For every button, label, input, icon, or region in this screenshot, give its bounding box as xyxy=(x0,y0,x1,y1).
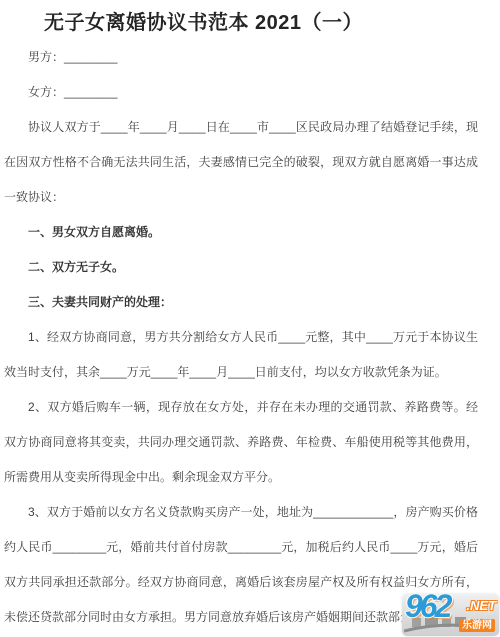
watermark-net-text: .NET xyxy=(466,598,496,613)
male-party-line: 男方：________ xyxy=(0,40,500,75)
female-party-line: 女方：________ xyxy=(0,75,500,110)
962net-watermark: 962 .NET 乐游网 xyxy=(402,594,499,636)
intro-paragraph: 协议人双方于____年____月____日在____市____区民政局办理了结婚… xyxy=(0,110,500,215)
clause-1-paragraph: 1、经双方协商同意，男方共分割给女方人民币____元整，其中____万元于本协议… xyxy=(0,320,500,390)
document-body: 男方：________ 女方：________ 协议人双方于____年____月… xyxy=(0,40,500,635)
section-3-heading: 三、夫妻共同财产的处理： xyxy=(0,285,500,320)
section-1-heading: 一、男女双方自愿离婚。 xyxy=(0,215,500,250)
document-title: 无子女离婚协议书范本 2021（一） xyxy=(0,0,500,37)
clause-2-paragraph: 2、双方婚后购车一辆，现存放在女方处，并存在未办理的交通罚款、养路费等。经双方协… xyxy=(0,390,500,495)
section-2-heading: 二、双方无子女。 xyxy=(0,250,500,285)
watermark-962-text: 962 xyxy=(405,594,449,625)
watermark-site-name: 乐游网 xyxy=(459,619,495,632)
document-page: 无子女离婚协议书范本 2021（一） 男方：________ 女方：______… xyxy=(0,0,500,637)
